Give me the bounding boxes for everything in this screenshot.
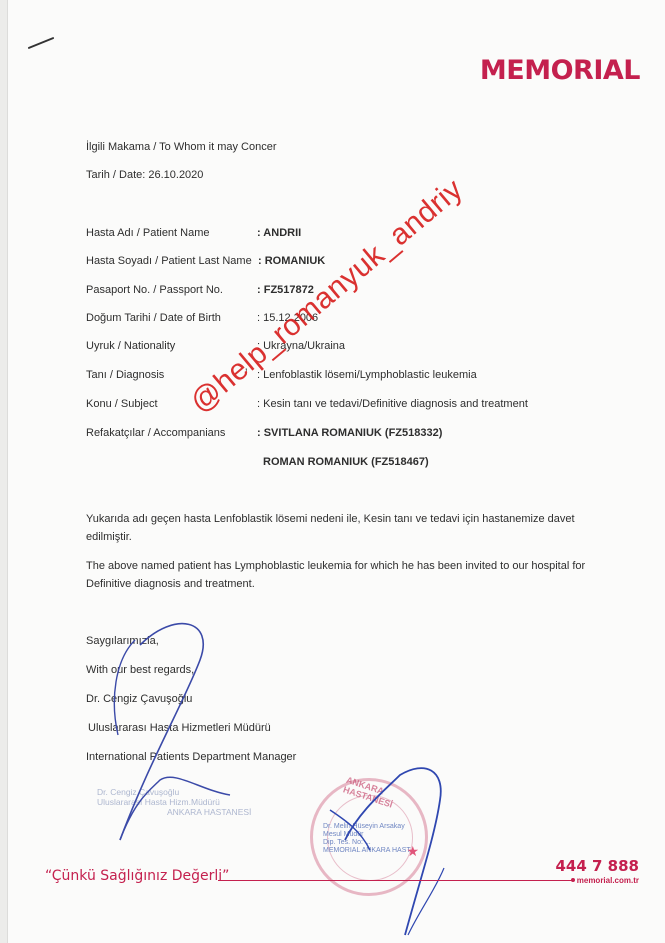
footer-divider-dot xyxy=(571,878,575,882)
footer-divider xyxy=(218,880,573,881)
footer-phone: 444 7 888 xyxy=(555,857,639,875)
footer-website: memorial.com.tr xyxy=(577,876,639,885)
document-page: MEMORIAL İlgili Makama / To Whom it may … xyxy=(0,0,665,943)
handwritten-signatures xyxy=(0,0,665,943)
footer-slogan: “Çünkü Sağlığınız Değerli” xyxy=(45,868,229,884)
